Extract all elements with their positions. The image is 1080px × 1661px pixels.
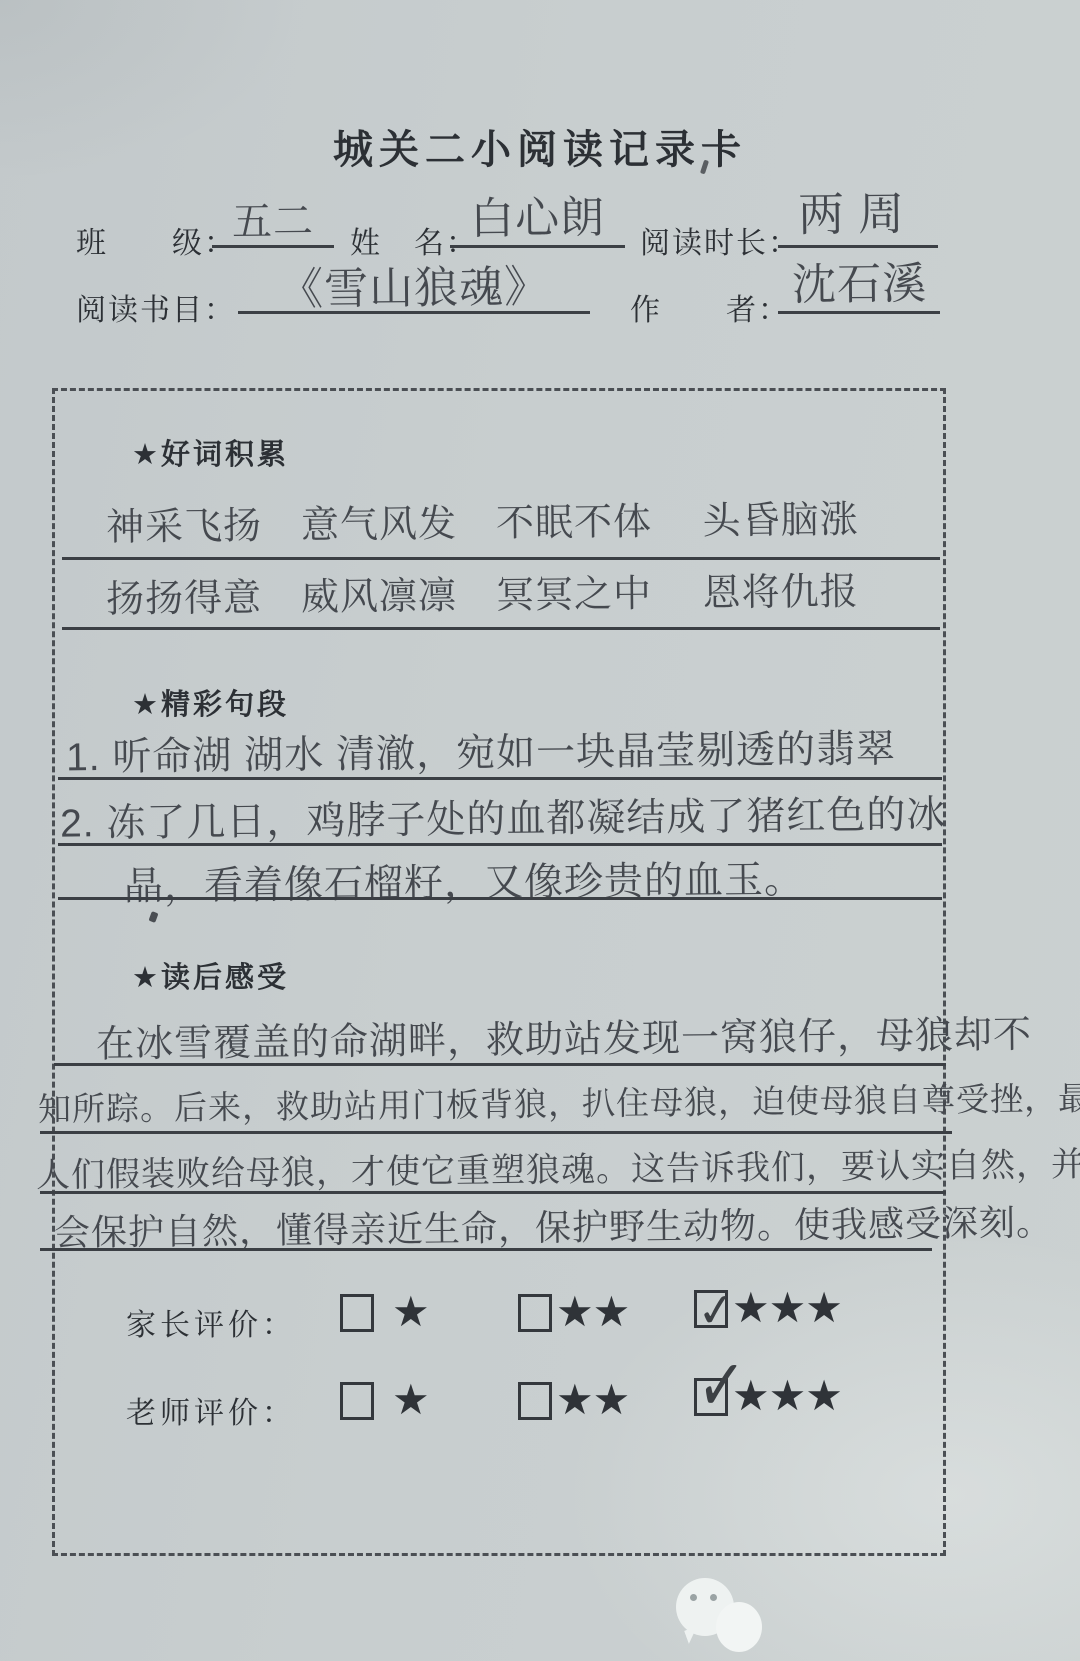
parent-rating-label: 家长评价：: [126, 1300, 296, 1344]
book-value: 《雪山狼魂》: [279, 251, 550, 318]
star-icon: ★: [392, 1292, 429, 1332]
rule-line: [58, 843, 942, 846]
name-field: 白心朗: [450, 182, 625, 248]
book-label: 阅读书目：: [76, 285, 236, 329]
duration-value: 两周: [798, 177, 919, 244]
wechat-watermark-icon: [676, 1578, 766, 1661]
book-field: 《雪山狼魂》: [238, 252, 590, 314]
rule-line: [58, 897, 942, 900]
checkbox-icon: [340, 1382, 374, 1420]
checkbox-icon: [518, 1294, 552, 1332]
class-value: 五二: [232, 190, 315, 248]
name-value: 白心朗: [470, 181, 606, 246]
duration-field: 两周: [778, 178, 938, 248]
sentence-1: 1. 听命湖 湖水 清澈，宛如一块晶莹剔透的翡翠: [66, 718, 897, 783]
class-field: 五二: [212, 190, 334, 248]
teacher-rating-option-2: ★★: [518, 1380, 629, 1420]
page-title: 城关二小阅读记录卡: [0, 118, 1080, 175]
rule-line: [58, 777, 942, 780]
rule-line: [54, 1063, 946, 1066]
checkbox-icon: [340, 1294, 374, 1332]
sentences-heading: ★精彩句段: [132, 682, 289, 723]
star-icon: ★★★: [732, 1288, 842, 1328]
duration-label: 阅读时长：: [640, 218, 800, 262]
author-value: 沈石溪: [791, 247, 927, 312]
checkbox-icon: ✓: [694, 1290, 728, 1328]
rule-line: [40, 1248, 932, 1251]
sentence-2-line2: 晶，看着像石榴籽，又像珍贵的血玉。: [124, 848, 805, 911]
wechat-bubble-small: [716, 1602, 762, 1652]
rule-line: [62, 557, 940, 560]
author-label: 作 者：: [630, 285, 790, 329]
good-words-line2: 扬扬得意 威风凛凛 冥冥之中 恩将仇报: [106, 560, 859, 623]
author-field: 沈石溪: [778, 248, 940, 314]
reflection-line1: 在冰雪覆盖的命湖畔，救助站发现一窝狼仔，母狼却不: [96, 1003, 1033, 1068]
parent-rating-option-3-checked: ✓ ★★★: [694, 1288, 842, 1328]
good-words-heading: ★好词积累: [132, 432, 289, 473]
good-words-line1: 神采飞扬 意气风发 不眠不体 头昏脑涨: [106, 488, 859, 551]
star-icon: ★★★: [732, 1376, 842, 1416]
checkbox-icon: [518, 1382, 552, 1420]
rule-line: [62, 627, 940, 630]
checkbox-icon: ✓: [694, 1378, 728, 1416]
reflection-heading: ★读后感受: [132, 955, 289, 996]
reflection-line4: 会保护自然，懂得亲近生命，保护野生动物。使我感受深刻。: [54, 1195, 1053, 1256]
star-icon: ★★: [556, 1380, 629, 1420]
rule-line: [40, 1131, 952, 1134]
teacher-rating-option-1: ★: [340, 1380, 429, 1420]
teacher-rating-label: 老师评价：: [126, 1388, 296, 1432]
star-icon: ★: [392, 1380, 429, 1420]
star-icon: ★★: [556, 1292, 629, 1332]
rule-line: [40, 1191, 946, 1194]
sentence-2-line1: 2. 冻了几日，鸡脖子处的血都凝结成了猪红色的冰: [60, 783, 947, 848]
reading-record-card: 城关二小阅读记录卡 班 级： 五二 姓 名： 白心朗 阅读时长： 两周 阅读书目…: [0, 0, 1080, 1661]
parent-rating-option-2: ★★: [518, 1292, 629, 1332]
parent-rating-option-1: ★: [340, 1292, 429, 1332]
teacher-rating-option-3-checked: ✓ ★★★: [694, 1376, 842, 1416]
